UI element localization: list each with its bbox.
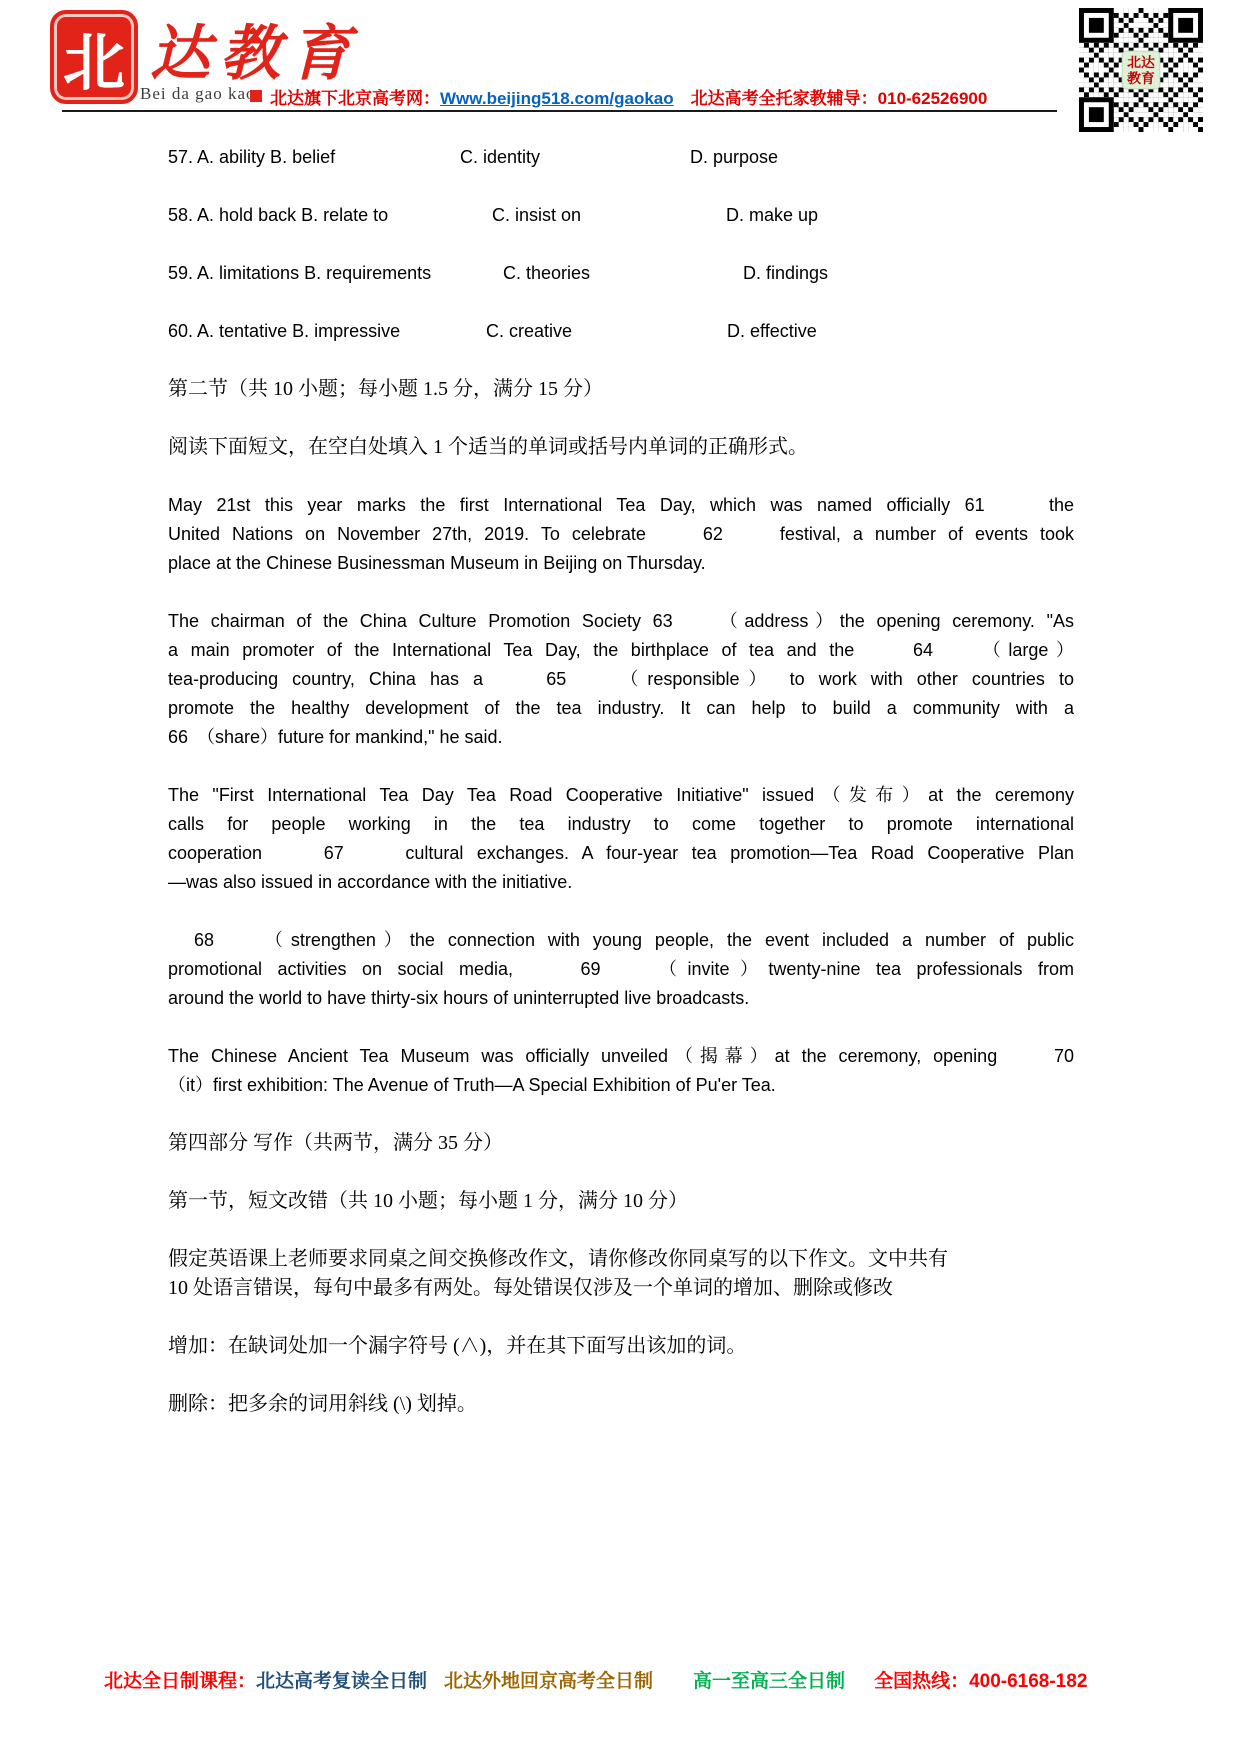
question-options-ab: 57. A. ability B. belief: [168, 143, 460, 172]
question-row-60: 60. A. tentative B. impressive C. creati…: [168, 317, 1074, 346]
footer-course-repeat: 北达高考复读全日制: [256, 1666, 427, 1693]
document-page: 北 达教育 Bei da gao kao 北达旗下北京高考网：Www.beiji…: [0, 0, 1240, 1754]
part4-section1-title: 第一节，短文改错（共 10 小题；每小题 1 分，满分 10 分）: [168, 1187, 1074, 1216]
text-line: （it）first exhibition: The Avenue of Trut…: [168, 1071, 1074, 1100]
part4-title: 第四部分 写作（共两节，满分 35 分）: [168, 1129, 1074, 1158]
question-option-d: D. findings: [743, 259, 828, 288]
qr-finder-top-right: [1168, 8, 1203, 43]
question-row-59: 59. A. limitations B. requirements C. th…: [168, 259, 1074, 288]
text-line: 68 （strengthen）the connection with young…: [168, 926, 1074, 955]
exam-body: 57. A. ability B. belief C. identity D. …: [168, 143, 1074, 1448]
tutor-label: 北达高考全托家教辅导：: [691, 89, 878, 108]
brand-subtitle: Bei da gao kao: [140, 84, 256, 104]
tutor-label-gap: [674, 89, 691, 108]
text-line: May 21st this year marks the first Inter…: [168, 491, 1074, 520]
cloze-paragraph-3: The "First International Tea Day Tea Roa…: [168, 781, 1074, 897]
text-line: 10 处语言错误，每句中最多有两处。每处错误仅涉及一个单词的增加、删除或修改: [168, 1274, 1074, 1303]
tutor-phone: 010-62526900: [878, 89, 988, 108]
brand-square-icon: [250, 90, 262, 102]
question-row-58: 58. A. hold back B. relate to C. insist …: [168, 201, 1074, 230]
question-option-d: D. effective: [727, 317, 817, 346]
question-row-57: 57. A. ability B. belief C. identity D. …: [168, 143, 1074, 172]
text-line: around the world to have thirty-six hour…: [168, 984, 1074, 1013]
question-option-d: D. make up: [726, 201, 818, 230]
qr-finder-top-left: [1079, 8, 1114, 43]
text-line: tea-producing country, China has a 65 （r…: [168, 665, 1074, 694]
qr-finder-bottom-left: [1079, 97, 1114, 132]
brand-calligraphy: 达教育: [150, 6, 360, 92]
text-line: 66 （share）future for mankind," he said.: [168, 723, 1074, 752]
question-option-c: C. theories: [503, 259, 743, 288]
text-line: calls for people working in the tea indu…: [168, 810, 1074, 839]
delete-rule: 删除：把多余的词用斜线 (\) 划掉。: [168, 1390, 1074, 1419]
svg-text:北达: 北达: [1127, 54, 1155, 70]
text-line: a main promoter of the International Tea…: [168, 636, 1074, 665]
cloze-paragraph-2: The chairman of the China Culture Promot…: [168, 607, 1074, 752]
seal-character: 北: [63, 13, 125, 102]
footer: 北达全日制课程：北达高考复读全日制北达外地回京高考全日制高一至高三全日制全国热线…: [104, 1666, 1164, 1693]
text-line: The Chinese Ancient Tea Museum was offic…: [168, 1042, 1074, 1071]
text-line: place at the Chinese Businessman Museum …: [168, 549, 1074, 578]
header-tagline: 北达旗下北京高考网：Www.beijing518.com/gaokao 北达高考…: [270, 84, 987, 109]
text-line: —was also issued in accordance with the …: [168, 868, 1074, 897]
section2-title: 第二节（共 10 小题；每小题 1.5 分，满分 15 分）: [168, 375, 1074, 404]
question-option-d: D. purpose: [690, 143, 778, 172]
brand-seal-logo: 北: [50, 10, 138, 104]
text-line: promote the healthy development of the t…: [168, 694, 1074, 723]
qr-center-label: 北达 教育: [1122, 51, 1160, 89]
text-line: The chairman of the China Culture Promot…: [168, 607, 1074, 636]
footer-course-grades: 高一至高三全日制: [693, 1666, 845, 1693]
header-divider: [62, 110, 1057, 112]
text-line: promotional activities on social media, …: [168, 955, 1074, 984]
cloze-paragraph-1: May 21st this year marks the first Inter…: [168, 491, 1074, 578]
cloze-paragraph-5: The Chinese Ancient Tea Museum was offic…: [168, 1042, 1074, 1100]
qr-code: 北达 教育: [1078, 8, 1204, 132]
section2-instruction: 阅读下面短文，在空白处填入 1 个适当的单词或括号内单词的正确形式。: [168, 433, 1074, 462]
correction-instruction: 假定英语课上老师要求同桌之间交换修改作文，请你修改你同桌写的以下作文。文中共有 …: [168, 1245, 1074, 1303]
footer-course-return: 北达外地回京高考全日制: [444, 1666, 653, 1693]
cloze-paragraph-4: 68 （strengthen）the connection with young…: [168, 926, 1074, 1013]
question-option-c: C. creative: [486, 317, 727, 346]
text-line: 假定英语课上老师要求同桌之间交换修改作文，请你修改你同桌写的以下作文。文中共有: [168, 1245, 1074, 1274]
text-line: cooperation 67 cultural exchanges. A fou…: [168, 839, 1074, 868]
text-line: United Nations on November 27th, 2019. T…: [168, 520, 1074, 549]
header: 北 达教育 Bei da gao kao 北达旗下北京高考网：Www.beiji…: [0, 0, 1240, 134]
question-options-ab: 58. A. hold back B. relate to: [168, 201, 492, 230]
svg-text:教育: 教育: [1126, 70, 1155, 86]
add-rule: 增加：在缺词处加一个漏字符号 (∧)，并在其下面写出该加的词。: [168, 1332, 1074, 1361]
site-link[interactable]: Www.beijing518.com/gaokao: [440, 89, 674, 108]
question-options-ab: 59. A. limitations B. requirements: [168, 259, 503, 288]
site-label: 北达旗下北京高考网：: [270, 89, 440, 108]
question-options-ab: 60. A. tentative B. impressive: [168, 317, 486, 346]
question-option-c: C. identity: [460, 143, 690, 172]
question-option-c: C. insist on: [492, 201, 726, 230]
footer-hotline: 全国热线：400-6168-182: [874, 1666, 1087, 1693]
footer-courses-label: 北达全日制课程：: [104, 1666, 256, 1693]
text-line: The "First International Tea Day Tea Roa…: [168, 781, 1074, 810]
